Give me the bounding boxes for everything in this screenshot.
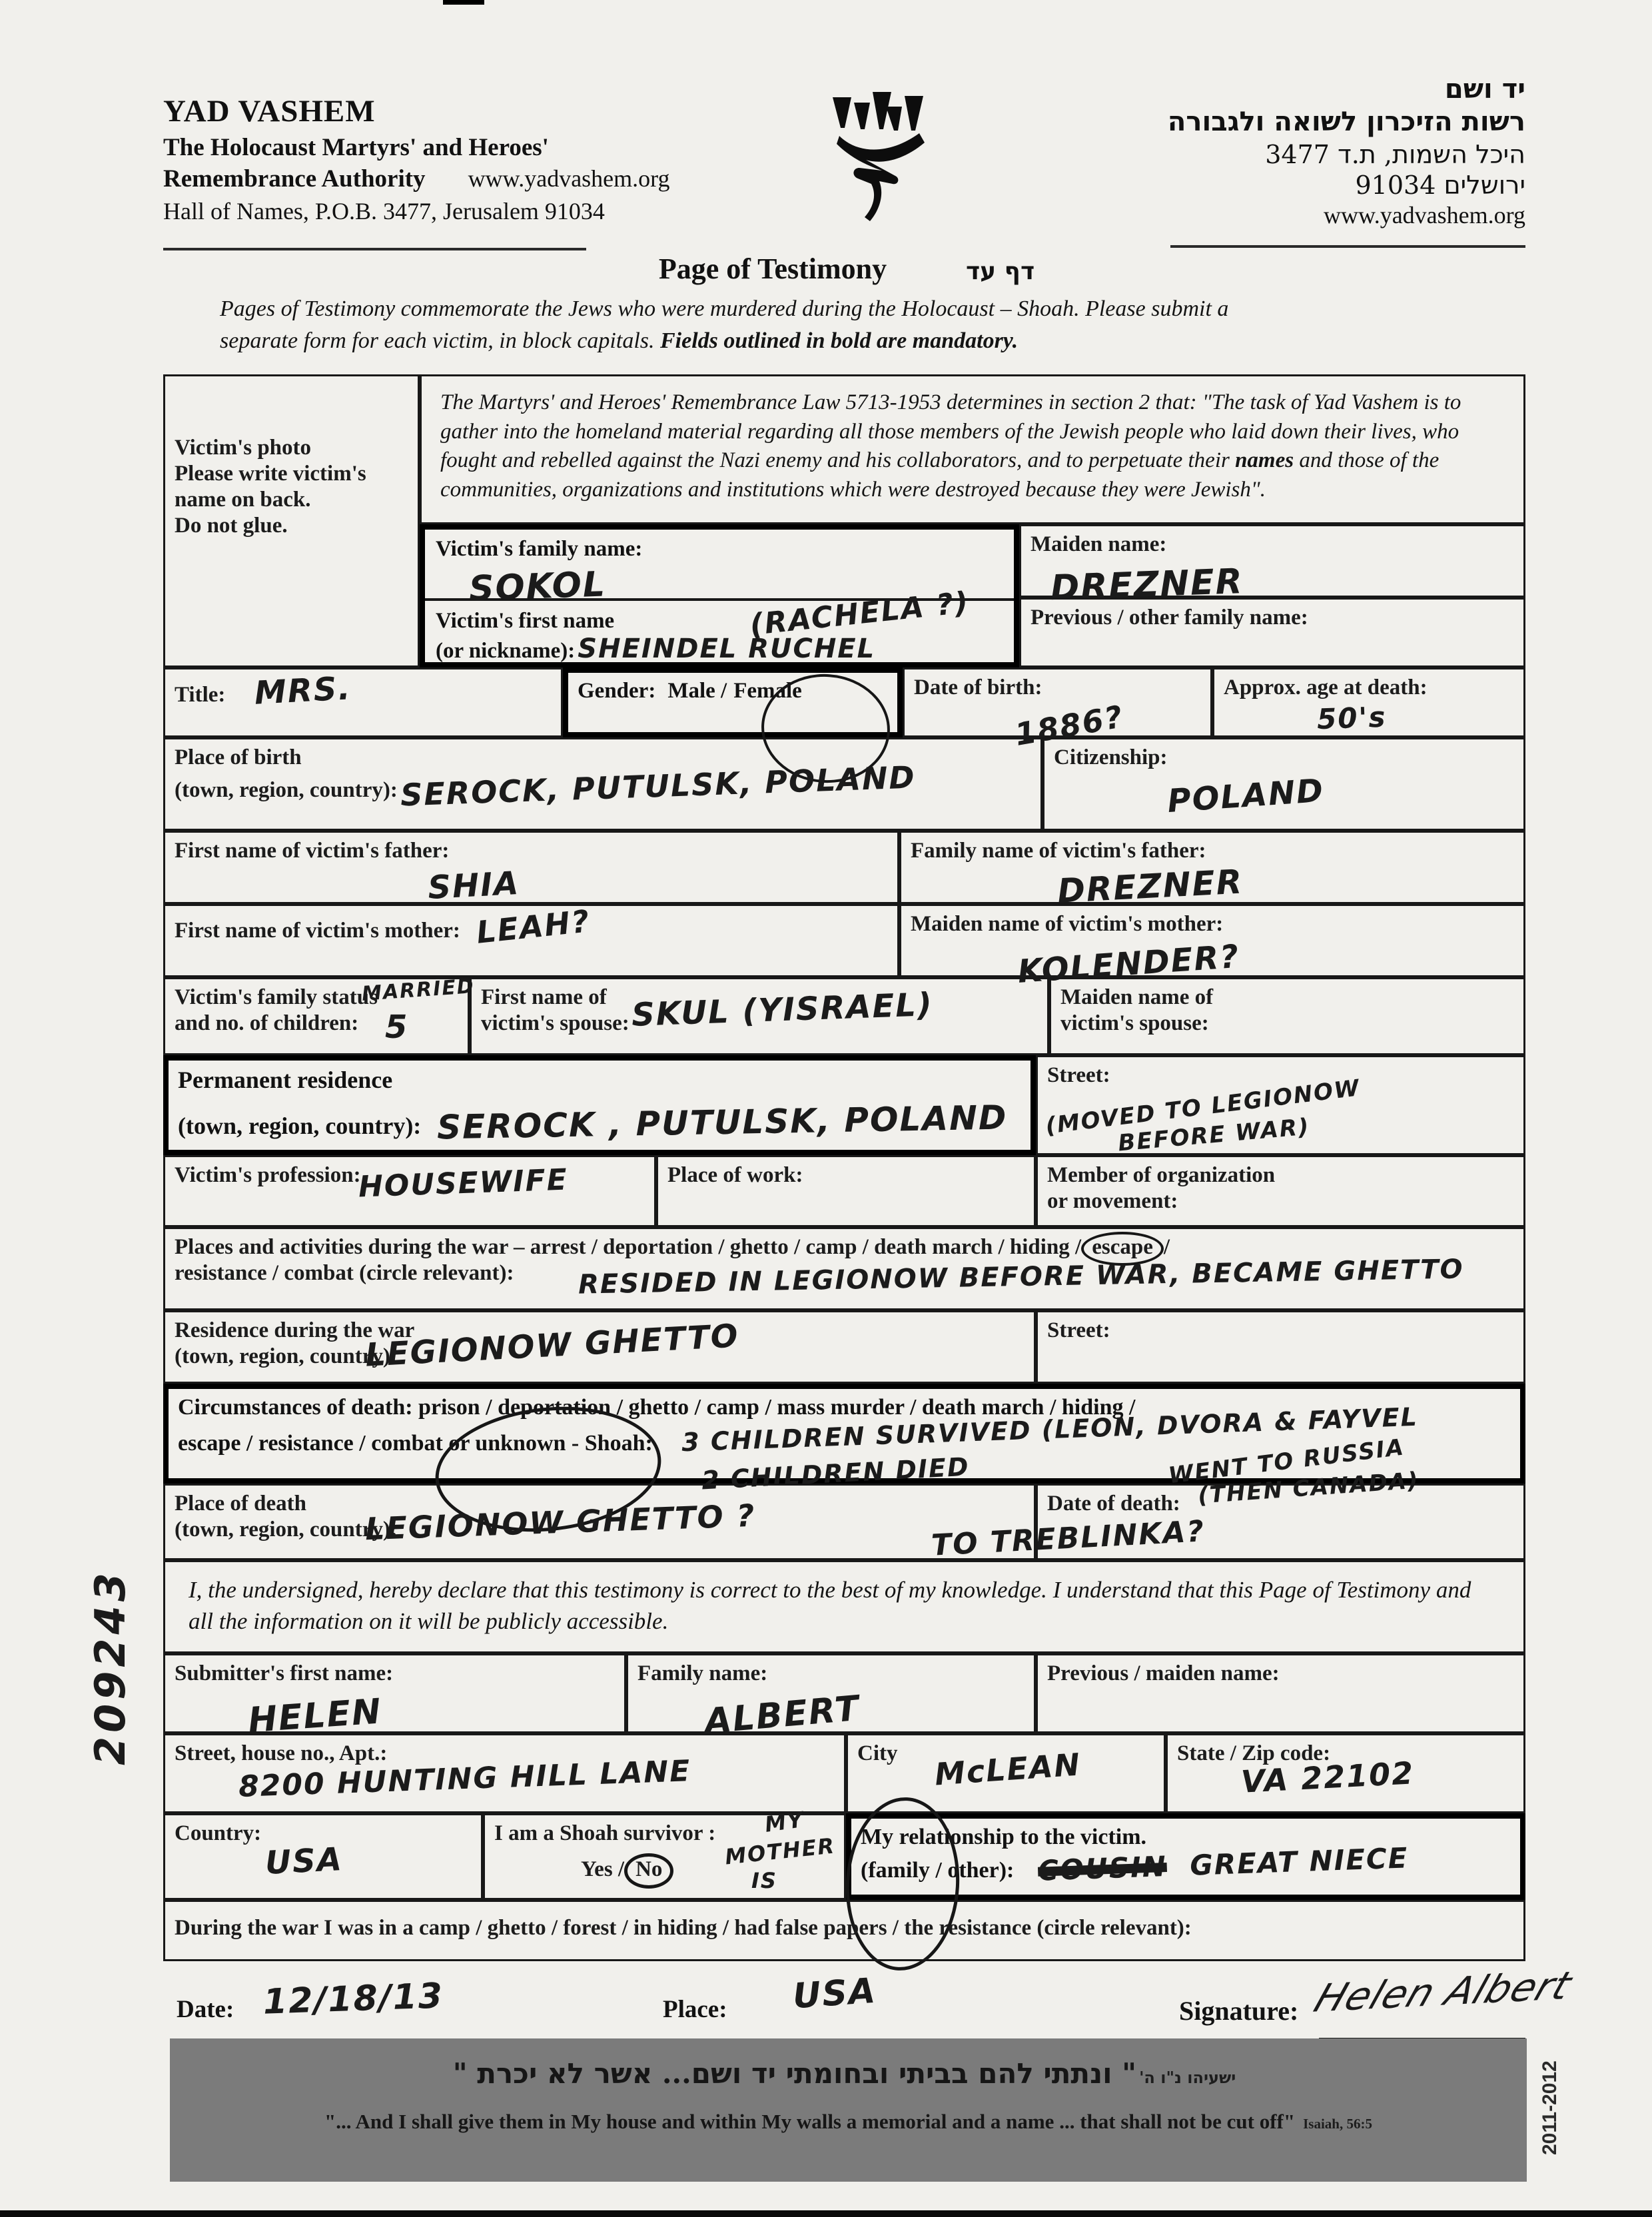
intro-line-2: separate form for each victim, in block … bbox=[220, 325, 1499, 357]
declaration-text: I, the undersigned, hereby declare that … bbox=[189, 1574, 1487, 1637]
family-name-value: SOKOL bbox=[468, 566, 643, 606]
field-permanent-residence: Permanent residence (town, region, count… bbox=[163, 1055, 1036, 1155]
field-place-of-work: Place of work: bbox=[656, 1155, 1036, 1227]
survivor-no-circled: No bbox=[624, 1853, 673, 1889]
org-line3-hebrew: ירושלים 91034 bbox=[926, 171, 1525, 200]
org-website-right: www.yadvashem.org bbox=[926, 201, 1525, 229]
permanent-residence-value: SEROCK , PUTULSK, POLAND bbox=[437, 1101, 1008, 1144]
field-mother-first-name: First name of victim's mother: LEAH? bbox=[163, 904, 899, 977]
circumstances-unknown-shoah: unknown - Shoah: bbox=[475, 1431, 652, 1456]
during-war-label: During the war I was in a camp / ghetto … bbox=[175, 1916, 1192, 1940]
submitter-country-value: USA bbox=[264, 1843, 344, 1879]
photo-instructions: Victim's photo Please write victim's nam… bbox=[175, 435, 408, 539]
submitter-street-label: Street, house no., Apt.: bbox=[175, 1741, 387, 1765]
scan-artifact-bottom bbox=[0, 2210, 1652, 2217]
field-title: Title: MRS. bbox=[163, 667, 563, 737]
org-address: Hall of Names, P.O.B. 3477, Jerusalem 91… bbox=[163, 197, 763, 225]
gender-label: Gender: bbox=[578, 679, 655, 703]
place-signed-label: Place: bbox=[663, 1995, 727, 2024]
spouse-maiden-name-label-2: victim's spouse: bbox=[1060, 1011, 1514, 1037]
field-citizenship: Citizenship: POLAND bbox=[1042, 737, 1525, 831]
submitter-city-value: McLEAN bbox=[934, 1749, 1082, 1789]
footer-english-row: "... And I shall give them in My house a… bbox=[170, 2110, 1527, 2134]
victim-photo-box: Victim's photo Please write victim's nam… bbox=[163, 374, 420, 667]
title-label: Title: bbox=[175, 683, 225, 707]
field-organization: Member of organization or movement: bbox=[1036, 1155, 1525, 1227]
war-street-label: Street: bbox=[1047, 1318, 1110, 1342]
father-first-name-label: First name of victim's father: bbox=[175, 839, 449, 863]
intro-line-1: Pages of Testimony commemorate the Jews … bbox=[220, 293, 1499, 325]
age-at-death-value: 50's bbox=[1316, 699, 1514, 733]
footer-hebrew-row: " ונתתי להם בביתי ובחומתי יד ושם... אשר … bbox=[170, 2057, 1527, 2090]
form-title: Page of Testimony bbox=[586, 252, 959, 286]
header-rule-left bbox=[163, 248, 586, 250]
org-subtitle-1: The Holocaust Martyrs' and Heroes' bbox=[163, 133, 763, 162]
signature-label: Signature: bbox=[1179, 1995, 1298, 2026]
field-gender: Gender: Male / Female bbox=[563, 667, 903, 737]
org-line2-hebrew: היכל השמות, ת.ד 3477 bbox=[926, 140, 1525, 169]
field-submitter-country: Country: USA bbox=[163, 1813, 483, 1900]
testimony-form: Victim's photo Please write victim's nam… bbox=[163, 374, 1525, 1961]
place-of-work-label: Place of work: bbox=[667, 1163, 803, 1187]
field-father-family-name: Family name of victim's father: DREZNER bbox=[899, 831, 1525, 904]
relationship-label-2: (family / other): bbox=[861, 1858, 1014, 1883]
submitter-state-zip-value: VA 22102 bbox=[1240, 1757, 1415, 1797]
previous-family-name-label: Previous / other family name: bbox=[1031, 606, 1308, 630]
place-of-birth-label-2: (town, region, country): bbox=[175, 778, 398, 802]
place-signed-value: USA bbox=[791, 1974, 877, 2014]
field-submitter-first-name: Submitter's first name: HELEN bbox=[163, 1653, 626, 1733]
mother-first-name-value: LEAH? bbox=[475, 905, 592, 948]
survivor-note-my: MY bbox=[763, 1809, 805, 1835]
header-rule-right bbox=[1170, 245, 1525, 248]
field-father-first-name: First name of victim's father: SHIA bbox=[163, 831, 899, 904]
title-value: MRS. bbox=[254, 672, 352, 709]
menorah-stem bbox=[837, 133, 925, 221]
maiden-name-label: Maiden name: bbox=[1031, 532, 1166, 556]
field-previous-family-name: Previous / other family name: bbox=[1019, 598, 1525, 667]
field-war-places: Places and activities during the war – a… bbox=[163, 1227, 1525, 1310]
declaration-box: I, the undersigned, hereby declare that … bbox=[163, 1560, 1525, 1653]
footer-hebrew-quote: " ונתתי להם בביתי ובחומתי יד ושם... אשר … bbox=[453, 2057, 1136, 2090]
field-shoah-survivor: I am a Shoah survivor : Yes / No MY MOTH… bbox=[483, 1813, 846, 1900]
field-submitter-street: Street, house no., Apt.: 8200 HUNTING HI… bbox=[163, 1733, 846, 1813]
field-place-of-birth: Place of birth (town, region, country): … bbox=[163, 737, 1042, 831]
children-count-value: 5 bbox=[385, 1011, 408, 1043]
submitter-previous-name-label: Previous / maiden name: bbox=[1047, 1661, 1280, 1685]
field-spouse-maiden-name: Maiden name of victim's spouse: bbox=[1049, 977, 1525, 1055]
permanent-residence-label-1: Permanent residence bbox=[178, 1066, 1021, 1094]
field-submitter-family-name: Family name: ALBERT bbox=[626, 1653, 1036, 1733]
war-places-label-1-end: / bbox=[1164, 1235, 1170, 1259]
field-spouse-first-name: First name of victim's spouse: SKUL (YIS… bbox=[470, 977, 1049, 1055]
submitter-country-label: Country: bbox=[175, 1821, 261, 1845]
submitter-first-name-label: Submitter's first name: bbox=[175, 1661, 393, 1685]
submitter-city-label: City bbox=[857, 1741, 898, 1765]
permanent-street-label: Street: bbox=[1047, 1063, 1110, 1087]
date-of-death-label: Date of death: bbox=[1047, 1492, 1180, 1516]
header-right-hebrew: יד ושם רשות הזיכרון לשואה ולגבורה היכל ה… bbox=[926, 73, 1525, 229]
field-permanent-street: Street: (MOVED TO LEGIONOW BEFORE WAR) bbox=[1036, 1055, 1525, 1155]
first-name-label-2: (or nickname): bbox=[436, 639, 575, 663]
date-signed-value: 12/18/13 bbox=[262, 1979, 444, 2019]
citizenship-label: Citizenship: bbox=[1054, 745, 1168, 769]
family-status-label-2: and no. of children: bbox=[175, 1011, 458, 1037]
organization-label-1: Member of organization bbox=[1047, 1162, 1514, 1188]
field-date-of-birth: Date of birth: 1886? bbox=[903, 667, 1212, 737]
field-age-at-death: Approx. age at death: 50's bbox=[1212, 667, 1525, 737]
relationship-label-2-rest: / other): bbox=[935, 1858, 1014, 1883]
age-at-death-label: Approx. age at death: bbox=[1224, 675, 1428, 699]
spouse-first-name-value: SKUL (YISRAEL) bbox=[631, 989, 933, 1031]
mother-first-name-label: First name of victim's mother: bbox=[175, 919, 460, 943]
citizenship-value: POLAND bbox=[1166, 761, 1515, 817]
field-relationship: My relationship to the victim. (family /… bbox=[846, 1813, 1525, 1900]
intro-paragraph: Pages of Testimony commemorate the Jews … bbox=[220, 293, 1499, 356]
profession-value: HOUSEWIFE bbox=[358, 1166, 568, 1202]
field-submitter-previous-name: Previous / maiden name: bbox=[1036, 1653, 1525, 1733]
footer-english-source: Isaiah, 56:5 bbox=[1303, 2116, 1372, 2132]
remembrance-law-text: The Martyrs' and Heroes' Remembrance Law… bbox=[440, 388, 1505, 504]
date-of-birth-label: Date of birth: bbox=[914, 675, 1042, 699]
gender-female-option: Female bbox=[733, 679, 802, 703]
field-submitter-city: City McLEAN bbox=[846, 1733, 1166, 1813]
submitter-family-name-value: ALBERT bbox=[703, 1677, 1026, 1739]
relationship-paren: ( bbox=[861, 1858, 868, 1883]
field-place-of-death: Place of death (town, region, country): … bbox=[163, 1484, 1036, 1560]
scan-artifact-top bbox=[443, 0, 484, 5]
photo-line2: Please write victim's bbox=[175, 461, 408, 487]
gender-male-option: Male / bbox=[667, 679, 727, 703]
header-left: YAD VASHEM The Holocaust Martyrs' and He… bbox=[163, 93, 763, 225]
field-mother-maiden-name: Maiden name of victim's mother: KOLENDER… bbox=[899, 904, 1525, 977]
survivor-yes-option: Yes / bbox=[581, 1857, 624, 1881]
file-number-annotation: 209243 bbox=[90, 1569, 131, 1765]
father-family-name-label: Family name of victim's father: bbox=[911, 839, 1206, 863]
field-circumstances: Circumstances of death: prison / deporta… bbox=[163, 1384, 1525, 1484]
field-profession: Victim's profession: HOUSEWIFE bbox=[163, 1155, 656, 1227]
field-date-of-death: Date of death: bbox=[1036, 1484, 1525, 1560]
survivor-note-is: IS bbox=[751, 1870, 777, 1891]
mother-maiden-name-label: Maiden name of victim's mother: bbox=[911, 912, 1223, 936]
footer-hebrew-source: ישעיהו נ"ו ה' bbox=[1139, 2068, 1236, 2087]
permanent-residence-label-2: (town, region, country): bbox=[178, 1112, 421, 1139]
relationship-label-1: My relationship to the victim. bbox=[861, 1824, 1511, 1851]
form-title-hebrew: דף עד bbox=[966, 257, 1034, 285]
field-maiden-name: Maiden name: DREZNER bbox=[1019, 524, 1525, 598]
org-name-hebrew: יד ושם bbox=[926, 73, 1525, 105]
father-first-name-value: SHIA bbox=[427, 848, 889, 904]
submitter-family-name-label: Family name: bbox=[637, 1661, 767, 1685]
spouse-maiden-name-label-1: Maiden name of bbox=[1060, 985, 1514, 1011]
law-bold-word: names bbox=[1235, 448, 1294, 472]
first-name-value: SHEINDEL RUCHEL bbox=[578, 634, 875, 664]
org-subtitle-2: Remembrance Authority bbox=[163, 165, 426, 193]
photo-line3: name on back. bbox=[175, 487, 408, 513]
field-victim-family-name: Victim's family name: SOKOL bbox=[436, 536, 642, 604]
form-title-text: Page of Testimony bbox=[659, 252, 887, 285]
org-subtitle-2-row: Remembrance Authority www.yadvashem.org bbox=[163, 165, 763, 193]
signature-value: Helen Albert bbox=[1310, 1966, 1577, 2017]
photo-line1: Victim's photo bbox=[175, 435, 408, 461]
organization-label-2: or movement: bbox=[1047, 1188, 1514, 1214]
date-signed-label: Date: bbox=[177, 1995, 234, 2024]
relationship-family-circled: family bbox=[868, 1858, 930, 1883]
field-submitter-state-zip: State / Zip code: VA 22102 bbox=[1166, 1733, 1525, 1813]
page-of-testimony-scan: YAD VASHEM The Holocaust Martyrs' and He… bbox=[0, 0, 1652, 2217]
photo-line4: Do not glue. bbox=[175, 513, 408, 539]
profession-label: Victim's profession: bbox=[175, 1163, 361, 1187]
form-code-annotation: 2011-2012 bbox=[1539, 2060, 1561, 2155]
intro-mandatory-note: Fields outlined in bold are mandatory. bbox=[660, 328, 1018, 353]
relationship-crossed-out: COUSIN bbox=[1037, 1850, 1167, 1887]
footer-quote-bar: " ונתתי להם בביתי ובחומתי יד ושם... אשר … bbox=[170, 2038, 1527, 2182]
footer-english-quote: "... And I shall give them in My house a… bbox=[324, 2110, 1295, 2133]
field-during-war: During the war I was in a camp / ghetto … bbox=[163, 1900, 1525, 1961]
submitter-first-name-value: HELEN bbox=[247, 1678, 616, 1738]
war-places-label-1: Places and activities during the war – a… bbox=[175, 1235, 1081, 1259]
remembrance-law-box: The Martyrs' and Heroes' Remembrance Law… bbox=[420, 374, 1525, 524]
org-name: YAD VASHEM bbox=[163, 93, 763, 129]
org-website: www.yadvashem.org bbox=[468, 165, 670, 192]
field-war-residence: Residence during the war (town, region, … bbox=[163, 1310, 1036, 1384]
field-family-status: Victim's family status and no. of childr… bbox=[163, 977, 470, 1055]
intro-line-2-text: separate form for each victim, in block … bbox=[220, 328, 660, 353]
circumstances-label-2: escape / resistance / combat or bbox=[178, 1431, 475, 1456]
family-name-label: Victim's family name: bbox=[436, 537, 642, 561]
field-war-street: Street: bbox=[1036, 1310, 1525, 1384]
org-line1-hebrew: רשות הזיכרון לשואה ולגבורה bbox=[926, 106, 1525, 137]
